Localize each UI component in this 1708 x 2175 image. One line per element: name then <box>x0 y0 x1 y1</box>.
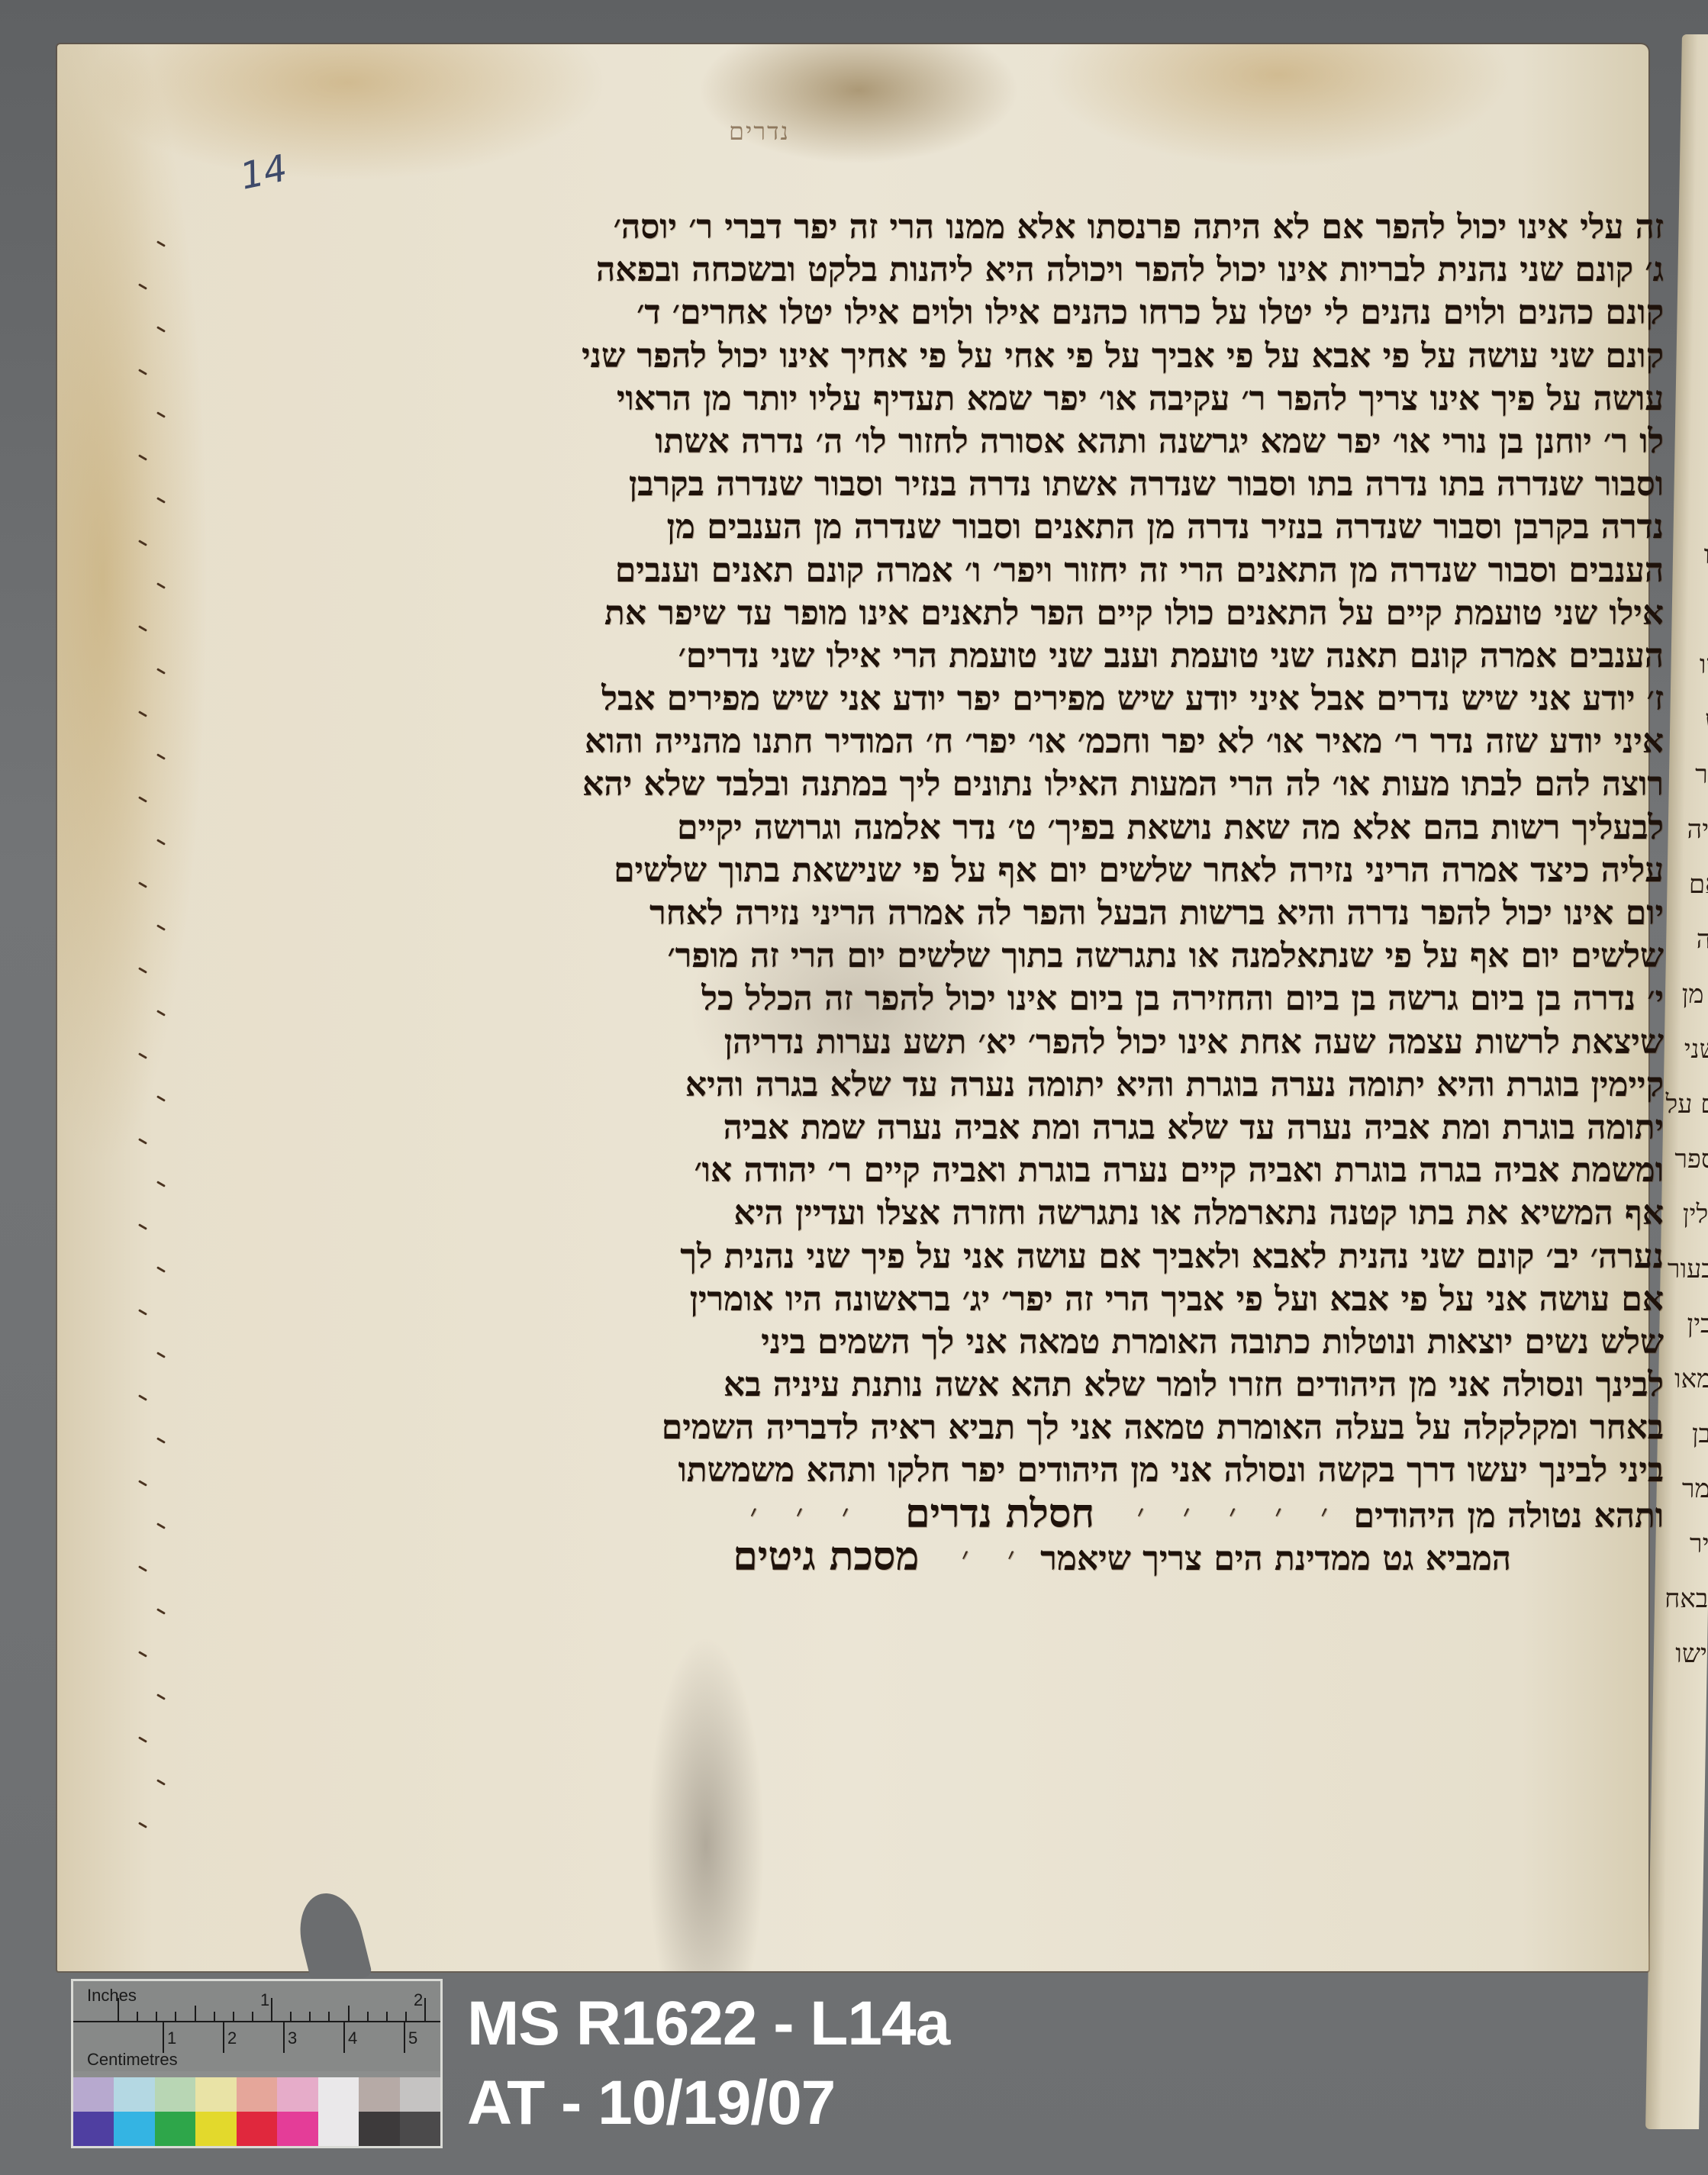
swatch-saturated <box>195 2112 236 2146</box>
colophon-line-b: המביא גט ממדינת הים צריך שיאמר ׳ ׳ מסכת … <box>229 1535 1664 1578</box>
prick-mark <box>156 582 166 589</box>
swatch-saturated <box>277 2112 317 2146</box>
adjacent-page-fragment: תו <box>1703 540 1708 570</box>
text-line: איני יודע שזה נדר ר׳ מאיר או׳ לא יפר וחכ… <box>229 720 1664 763</box>
manuscript-text: זה עלי אינו יכול להפר אם לא היתה פרנסתו … <box>229 206 1664 1578</box>
decorative-dots: ׳ ׳ <box>962 1539 1029 1578</box>
adjacent-page-fragment: שני <box>1684 1034 1708 1065</box>
text-line: שיצאת לרשות עצמה שעה אחת אינו יכול להפר׳… <box>229 1021 1664 1064</box>
text-line: ז׳ יודע אני שיש נדרים אבל איני יודע שיש … <box>229 678 1664 720</box>
prick-mark <box>138 1138 147 1145</box>
swatch-tint <box>73 2077 114 2112</box>
swatch-tint <box>155 2077 195 2112</box>
text-line: אף המשיא את בתו קטנה נתארמלה או נתגרשה ו… <box>229 1192 1664 1235</box>
inch-tick <box>195 2006 196 2021</box>
cm-tick-label: 1 <box>167 2028 176 2048</box>
adjacent-page-fragment: באח <box>1664 1584 1708 1614</box>
color-swatches <box>73 2077 440 2146</box>
inch-tick <box>309 2012 311 2021</box>
cm-tick <box>283 2022 285 2053</box>
adjacent-page-fragment: מאו <box>1674 1364 1708 1394</box>
cm-tick <box>163 2022 164 2053</box>
swatch-green <box>155 2077 195 2146</box>
ruler-axis <box>73 2021 440 2022</box>
prick-mark <box>138 1565 147 1572</box>
text-line: ומשמת אביה בגרה בוגרת ואביה קיים נערה בו… <box>229 1149 1664 1192</box>
text-line: רוצה להם לבתו מעות או׳ לה הרי המעות האיל… <box>229 763 1664 806</box>
inch-tick <box>405 2012 407 2021</box>
capture-label: MS R1622 - L14a AT - 10/19/07 <box>467 1984 949 2143</box>
prick-mark <box>138 796 147 803</box>
swatch-saturated <box>114 2112 154 2146</box>
adjacent-page-fragment: ריה <box>1687 814 1708 845</box>
prick-mark <box>156 1608 166 1615</box>
adjacent-page-fragment: בין <box>1687 1309 1708 1339</box>
decorative-dots: ׳ ׳ ׳ <box>749 1497 862 1535</box>
inch-tick <box>348 2006 350 2021</box>
text-line: ג׳ קונם שני נהנית לבריות אינו יכול להפר … <box>229 249 1664 292</box>
adjacent-page-fragment: נה <box>1696 924 1708 955</box>
swatch-violet <box>73 2077 114 2146</box>
prick-mark <box>156 924 166 931</box>
adjacent-page-fragment: בעור <box>1667 1254 1708 1284</box>
adjacent-page-fragment: ם על <box>1665 1089 1708 1120</box>
text-line: עליה כיצד אמרה הריני נזירה לאחר שלשים יו… <box>229 849 1664 892</box>
text-line: יתומה בוגרת ומת אביה נערה עד שלא בגרה ומ… <box>229 1107 1664 1149</box>
swatch-saturated <box>155 2112 195 2146</box>
prick-mark <box>156 240 166 247</box>
text-line: לבינך ונסולה אני מן היהודים חזרו לומר של… <box>229 1364 1664 1406</box>
prick-mark <box>156 326 166 333</box>
swatch-tint <box>359 2077 399 2112</box>
adjacent-page-fragment: אם <box>1689 869 1708 900</box>
prick-mark <box>156 1693 166 1700</box>
inch-tick <box>367 2012 369 2021</box>
adjacent-page-fragment: מר <box>1681 1474 1708 1504</box>
text-line: קונם שני עושה על פי אבא על פי אביך על פי… <box>229 335 1664 378</box>
prick-mark <box>138 710 147 717</box>
text-line: לבעליך רשות בהם אלא מה שאת נושאת בפיך׳ ט… <box>229 807 1664 849</box>
swatch-tint <box>237 2077 277 2112</box>
text-line: לו ר׳ יוחנן בן נורי או׳ יפר שמא יגרשנה ו… <box>229 420 1664 463</box>
cm-tick-label: 4 <box>348 2028 357 2048</box>
text-line: הענבים וסבור שנדרה מן התאנים הרי זה יחזו… <box>229 549 1664 592</box>
inch-tick <box>118 1998 119 2021</box>
prick-mark <box>138 540 147 546</box>
text-line: שלשים יום אף על פי שנתאלמנה או נתגרשה בת… <box>229 935 1664 978</box>
inches-label: Inches <box>87 1986 137 2006</box>
inch-tick <box>137 2012 138 2021</box>
decorative-dots: ׳ ׳ ׳ ׳ ׳ <box>1136 1497 1342 1535</box>
adjacent-page-fragment: ישו <box>1675 1638 1707 1669</box>
text-line: הענבים אמרה קונם תאנה שני טועמת וענב שני… <box>229 635 1664 678</box>
prick-mark <box>156 411 166 418</box>
prick-mark <box>156 1779 166 1786</box>
prick-mark <box>138 1223 147 1230</box>
swatch-saturated <box>73 2112 114 2146</box>
prick-mark <box>138 283 147 290</box>
swatch-tint <box>400 2077 440 2112</box>
text-line: קונם כהנים ולוים נהנים לי יטלו על כרחו כ… <box>229 292 1664 334</box>
prick-mark <box>138 1480 147 1487</box>
cm-tick <box>343 2022 345 2053</box>
swatch-saturated <box>237 2112 277 2146</box>
text-line: באחר ומקלקלה על בעלה האומרת טמאה אני לך … <box>229 1406 1664 1449</box>
swatch-red <box>237 2077 277 2146</box>
swatch-tint <box>277 2077 317 2112</box>
prick-mark <box>138 1394 147 1401</box>
text-line: קיימין בוגרת והיא יתומה נערה בוגרת והיא … <box>229 1064 1664 1107</box>
adjacent-page-fragment: ער <box>1695 759 1708 790</box>
ruler: Inches Centimetres 1212345 <box>73 1981 440 2071</box>
text-line: אילו שני טועמת קיים על התאנים כולו קיים … <box>229 592 1664 635</box>
swatch-grey2 <box>400 2077 440 2146</box>
prick-mark <box>138 1736 147 1743</box>
text-line: עושה על פיך אינו צריך להפר ר׳ עקיבה או׳ … <box>229 378 1664 420</box>
swatch-tint <box>318 2077 359 2112</box>
prick-mark <box>138 1822 147 1829</box>
prick-mark <box>156 753 166 760</box>
tractate-end-title: חסלת נדרים <box>905 1493 1094 1535</box>
inch-tick <box>424 1998 426 2021</box>
prick-mark <box>156 839 166 846</box>
inch-tick <box>214 2012 215 2021</box>
inch-tick <box>386 2012 388 2021</box>
swatch-white <box>318 2077 359 2146</box>
prick-mark <box>156 1181 166 1187</box>
colophon-line-a: ותהא נטולה מן היהודים ׳ ׳ ׳ ׳ ׳ חסלת נדר… <box>229 1493 1664 1535</box>
capture-date-label: AT - 10/19/07 <box>467 2064 949 2143</box>
prick-mark <box>156 497 166 504</box>
prick-mark <box>138 881 147 888</box>
prick-mark <box>156 668 166 675</box>
text-line: י׳ נדרה בן ביום גרשה בן ביום והחזירה בן … <box>229 978 1664 1020</box>
adjacent-page-fragment: ולין <box>1682 1199 1708 1229</box>
prick-mark <box>156 1095 166 1102</box>
inch-tick-label: 1 <box>260 1990 269 2010</box>
prick-mark <box>156 1522 166 1529</box>
cm-tick-label: 5 <box>408 2028 417 2048</box>
text-line: וסבור שנדרה בתו נדרה בתו וסבור שנדרה אשת… <box>229 463 1664 506</box>
swatch-tint <box>195 2077 236 2112</box>
text-line: נערה׳ יב׳ קונם שני נהנית לאבא ולאביך אם … <box>229 1236 1664 1278</box>
adjacent-page-fragment: שו <box>1699 649 1708 680</box>
text-line: זה עלי אינו יכול להפר אם לא היתה פרנסתו … <box>229 206 1664 249</box>
prick-mark <box>156 1437 166 1444</box>
cm-tick-label: 2 <box>227 2028 237 2048</box>
adjacent-page-fragment: בן <box>1692 1419 1708 1449</box>
prick-mark <box>138 625 147 632</box>
swatch-saturated <box>359 2112 399 2146</box>
adjacent-page-fragment: ספר <box>1674 1144 1708 1174</box>
text-line: ביני לבינך יעשו דרך בקשה ונסולה אני מן ה… <box>229 1449 1664 1492</box>
adjacent-page-fragment: יר <box>1689 1529 1708 1559</box>
pricking-marks <box>134 243 179 1845</box>
color-scale-target: Inches Centimetres 1212345 <box>71 1979 443 2148</box>
text-line: אם עושה אני על פי אבא ועל פי אביך הרי זה… <box>229 1278 1664 1321</box>
adjacent-page-fragment: ו מן <box>1681 979 1708 1010</box>
inch-tick <box>290 2012 292 2021</box>
swatch-magenta <box>277 2077 317 2146</box>
inch-tick <box>233 2012 234 2021</box>
inch-tick <box>252 2012 253 2021</box>
shelfmark-label: MS R1622 - L14a <box>467 1984 949 2064</box>
text-line: שלש נשים יוצאות ונוטלות כתובה האומרת טמא… <box>229 1321 1664 1364</box>
prick-mark <box>138 454 147 461</box>
prick-mark <box>138 369 147 375</box>
prick-mark <box>138 967 147 974</box>
swatch-grey <box>359 2077 399 2146</box>
swatch-saturated <box>318 2112 359 2146</box>
inch-tick-label: 2 <box>414 1990 423 2010</box>
prick-mark <box>156 1010 166 1017</box>
colophon-text: ותהא נטולה מן היהודים <box>1353 1497 1664 1535</box>
cm-tick <box>404 2022 405 2053</box>
inch-tick <box>175 2012 176 2021</box>
inch-tick <box>328 2012 330 2021</box>
prick-mark <box>138 1052 147 1059</box>
swatch-tint <box>114 2077 154 2112</box>
tractate-start-title: מסכת גיטים <box>733 1535 919 1578</box>
cm-tick-label: 3 <box>288 2028 297 2048</box>
inch-tick <box>156 2012 157 2021</box>
text-line: נדרה בקרבן וסבור שנדרה בנזיר נדרה מן התא… <box>229 506 1664 549</box>
next-tractate-text: המביא גט ממדינת הים צריך שיאמר <box>1040 1539 1511 1578</box>
swatch-cyan <box>114 2077 154 2146</box>
prick-mark <box>156 1352 166 1358</box>
folio-number: 14 <box>237 147 291 198</box>
adjacent-page-fragment: ש <box>1705 704 1708 735</box>
text-line: יום אינו יכול להפר נדרה והיא ברשות הבעל … <box>229 892 1664 935</box>
swatch-saturated <box>400 2112 440 2146</box>
prick-mark <box>138 1309 147 1316</box>
prick-mark <box>156 1266 166 1273</box>
running-header: נדרים <box>729 117 790 146</box>
cm-tick <box>223 2022 224 2053</box>
inch-tick <box>271 1998 272 2021</box>
prick-mark <box>138 1651 147 1658</box>
swatch-yellow <box>195 2077 236 2146</box>
